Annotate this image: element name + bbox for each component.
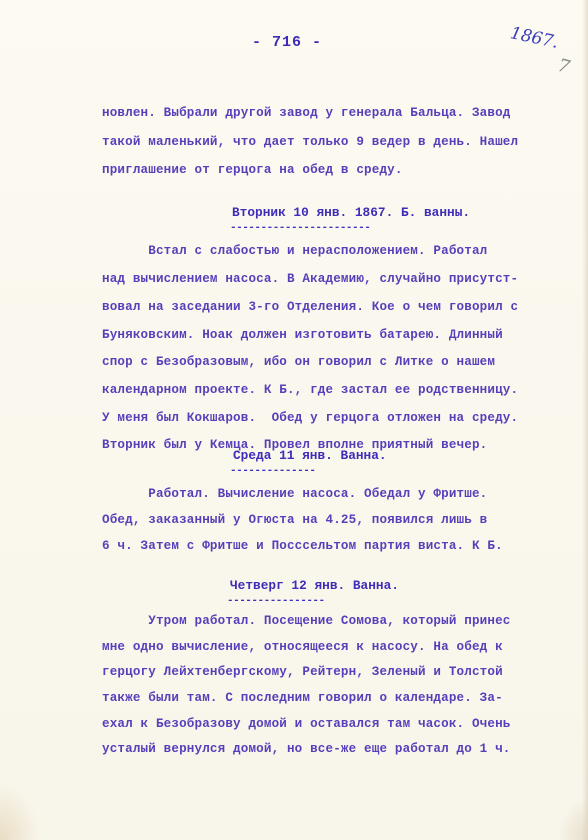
pencil-mark: 7 (555, 55, 571, 78)
text-line: календарном проекте. К Б., где застал ее… (102, 383, 518, 397)
text-line: 6 ч. Затем с Фритше и Посссельтом партия… (102, 539, 503, 553)
page-edge-shadow (582, 0, 588, 840)
heading-underline: ---------------- (227, 596, 325, 606)
text-line: вовал на заседании 3-го Отделения. Кое о… (102, 300, 518, 314)
text-line: также были там. С последним говорил о ка… (102, 691, 503, 705)
text-line: над вычислением насоса. В Академию, случ… (102, 272, 518, 286)
text-line: Буняковским. Ноак должен изготовить бата… (102, 328, 503, 342)
text-line: герцогу Лейхтенбергскому, Рейтерн, Зелен… (102, 665, 503, 679)
text-line: Утром работал. Посещение Сомова, который… (102, 614, 511, 628)
document-page: - 716 - 1867. 7 новлен. Выбрали другой з… (0, 0, 588, 840)
text-line: Обед, заказанный у Огюста на 4.25, появи… (102, 513, 487, 527)
entry-heading-thursday: Четверг 12 янв. Ванна. (230, 578, 399, 593)
text-line: ехал к Безобразову домой и оставался там… (102, 717, 511, 731)
text-line: Встал с слабостью и нерасположением. Раб… (102, 244, 487, 258)
page-number: - 716 - (252, 34, 322, 51)
text-line: приглашение от герцога на обед в среду. (102, 163, 403, 177)
text-line: новлен. Выбрали другой завод у генерала … (102, 106, 511, 120)
entry-heading-wednesday: Среда 11 янв. Ванна. (233, 448, 387, 463)
heading-underline: ----------------------- (230, 223, 370, 233)
text-line: спор с Безобразовым, ибо он говорил с Ли… (102, 355, 495, 369)
text-line: Работал. Вычисление насоса. Обедал у Фри… (102, 487, 487, 501)
entry-heading-tuesday: Вторник 10 янв. 1867. Б. ванны. (232, 205, 470, 220)
text-line: усталый вернулся домой, но все-же еще ра… (102, 742, 511, 756)
text-line: мне одно вычисление, относящееся к насос… (102, 640, 503, 654)
text-line: У меня был Кокшаров. Обед у герцога отло… (102, 411, 518, 425)
text-line: такой маленький, что дает только 9 ведер… (102, 135, 518, 149)
handwritten-year-note: 1867. (508, 23, 560, 53)
heading-underline: -------------- (230, 466, 315, 476)
